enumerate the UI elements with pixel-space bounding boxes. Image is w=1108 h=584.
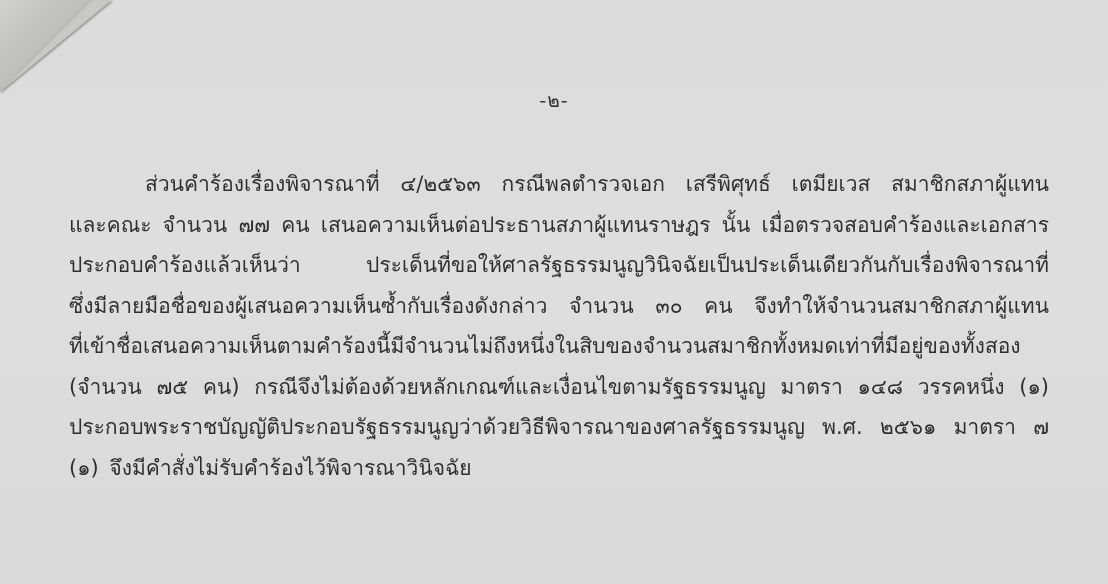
- paragraph-line-3: ประกอบคำร้องแล้วเห็นว่า ประเด็นที่ขอให้ศ…: [69, 245, 1049, 286]
- paragraph-line-7: ประกอบพระราชบัญญัติประกอบรัฐธรรมนูญว่าด้…: [69, 407, 1049, 448]
- paragraph-line-4: ซึ่งมีลายมือชื่อของผู้เสนอความเห็นซ้ำกับ…: [69, 286, 1049, 327]
- page-corner-fold: [0, 0, 112, 92]
- paragraph-line-1: ส่วนคำร้องเรื่องพิจารณาที่ ๔/๒๕๖๓ กรณีพล…: [69, 164, 1049, 205]
- page-number: -๒-: [0, 86, 1108, 116]
- paragraph-line-6: (จำนวน ๗๕ คน) กรณีจึงไม่ต้องด้วยหลักเกณฑ…: [69, 367, 1049, 408]
- document-paragraph: ส่วนคำร้องเรื่องพิจารณาที่ ๔/๒๕๖๓ กรณีพล…: [69, 164, 1049, 488]
- paragraph-line-8: (๑) จึงมีคำสั่งไม่รับคำร้องไว้พิจารณาวิน…: [69, 448, 1049, 489]
- paragraph-line-2: และคณะ จำนวน ๗๗ คน เสนอความเห็นต่อประธาน…: [69, 205, 1049, 246]
- paragraph-line-5: ที่เข้าชื่อเสนอความเห็นตามคำร้องนี้มีจำน…: [69, 326, 1049, 367]
